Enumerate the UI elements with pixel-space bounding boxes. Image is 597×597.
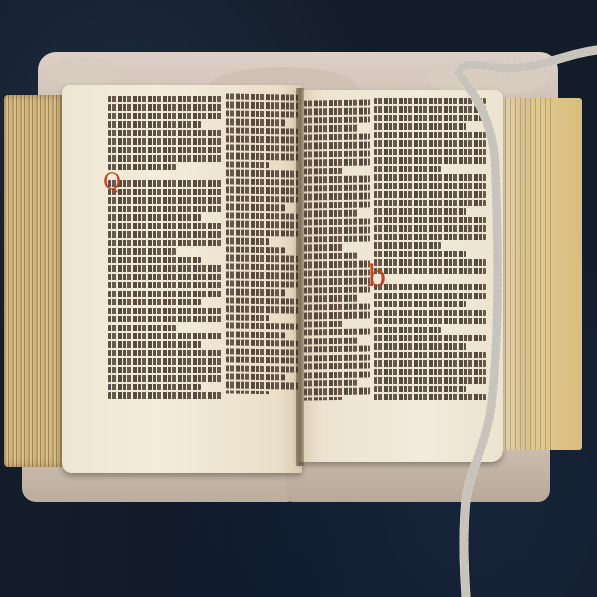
book-snake-weight-cord <box>0 0 597 597</box>
manuscript-photo: Q b <box>0 0 597 597</box>
